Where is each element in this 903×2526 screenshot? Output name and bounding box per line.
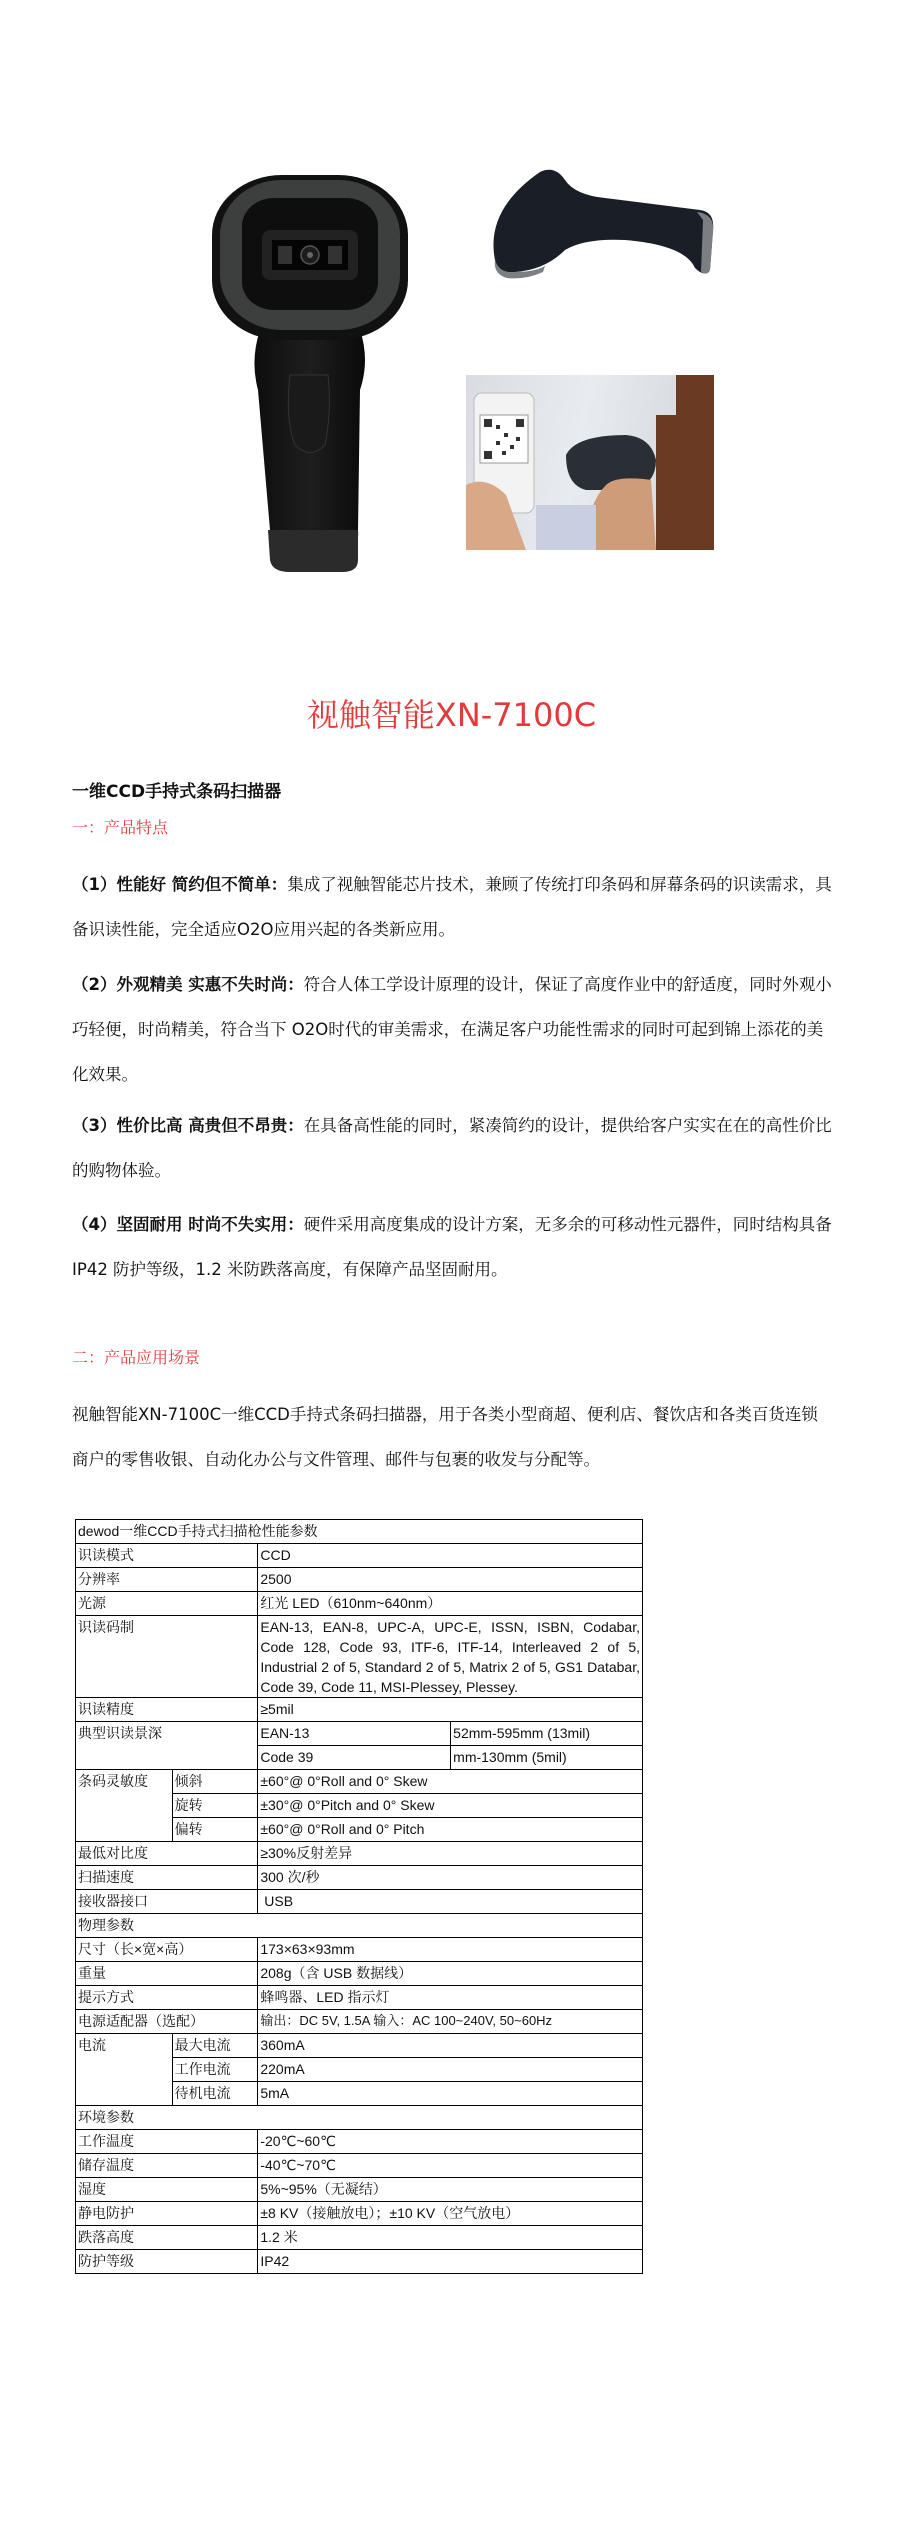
row-label: 识读码制 (76, 1616, 258, 1698)
table-row: 条码灵敏度倾斜±60°@ 0°Roll and 0° Skew (76, 1770, 643, 1794)
scanner-front-image (190, 160, 430, 580)
row-value: IP42 (258, 2250, 643, 2274)
row-sublabel: 倾斜 (172, 1770, 258, 1794)
row-value: ±60°@ 0°Roll and 0° Pitch (258, 1818, 643, 1842)
row-label: 扫描速度 (76, 1866, 258, 1890)
scanner-side-image (465, 150, 725, 290)
feature-4-label: （4）坚固耐用 时尚不失实用： (72, 1215, 304, 1234)
row-value: 208g（含 USB 数据线） (258, 1962, 643, 1986)
row-value: 5mA (258, 2082, 643, 2106)
row-label: 电源适配器（选配） (76, 2010, 258, 2034)
row-label: 识读精度 (76, 1698, 258, 1722)
row-label: 尺寸（长×宽×高） (76, 1938, 258, 1962)
row-value: ≥5mil (258, 1698, 643, 1722)
section-row: 环境参数 (76, 2106, 643, 2130)
table-row: 分辨率2500 (76, 1568, 643, 1592)
row-label: 光源 (76, 1592, 258, 1616)
row-value: 2500 (258, 1568, 643, 1592)
table-row: 尺寸（长×宽×高）173×63×93mm (76, 1938, 643, 1962)
row-value: 输出：DC 5V, 1.5A 输入：AC 100~240V, 50~60Hz (258, 2010, 643, 2034)
table-row: 电流最大电流360mA (76, 2034, 643, 2058)
row-label: 典型识读景深 (76, 1722, 258, 1770)
row-label: 最低对比度 (76, 1842, 258, 1866)
feature-1: （1）性能好 简约但不简单：集成了视触智能芯片技术，兼顾了传统打印条码和屏幕条码… (72, 862, 832, 952)
feature-3: （3）性价比高 高贵但不昂贵：在具备高性能的同时，紧凑简约的设计，提供给客户实实… (72, 1103, 832, 1193)
application-text: 视触智能XN-7100C一维CCD手持式条码扫描器，用于各类小型商超、便利店、餐… (72, 1392, 832, 1482)
table-row: 静电防护±8 KV（接触放电）；±10 KV（空气放电） (76, 2202, 643, 2226)
table-row: 跌落高度1.2 米 (76, 2226, 643, 2250)
row-value: 蜂鸣器、LED 指示灯 (258, 1986, 643, 2010)
table-row: 识读模式CCD (76, 1544, 643, 1568)
usage-photo (466, 375, 714, 550)
row-label: 条码灵敏度 (76, 1770, 173, 1842)
row-value: 1.2 米 (258, 2226, 643, 2250)
table-row: 最低对比度≥30%反射差异 (76, 1842, 643, 1866)
table-row: 光源红光 LED（610nm~640nm） (76, 1592, 643, 1616)
row-value: 220mA (258, 2058, 643, 2082)
table-row: 工作温度-20℃~60℃ (76, 2130, 643, 2154)
table-row: 防护等级IP42 (76, 2250, 643, 2274)
section-row: 物理参数 (76, 1914, 643, 1938)
table-row: 扫描速度300 次/秒 (76, 1866, 643, 1890)
table-row: 典型识读景深EAN-1352mm-595mm (13mil) (76, 1722, 643, 1746)
row-sublabel: 旋转 (172, 1794, 258, 1818)
row-value: 红光 LED（610nm~640nm） (258, 1592, 643, 1616)
row-value: 300 次/秒 (258, 1866, 643, 1890)
row-value: 5%~95%（无凝结） (258, 2178, 643, 2202)
row-label: 分辨率 (76, 1568, 258, 1592)
section-heading-features: 一：产品特点 (72, 815, 168, 838)
row-label: 储存温度 (76, 2154, 258, 2178)
row-value: 360mA (258, 2034, 643, 2058)
row-value: ±8 KV（接触放电）；±10 KV（空气放电） (258, 2202, 643, 2226)
row-label: 工作温度 (76, 2130, 258, 2154)
row-label: 湿度 (76, 2178, 258, 2202)
row-value: Code 39 (258, 1746, 451, 1770)
table-row: 重量208g（含 USB 数据线） (76, 1962, 643, 1986)
row-value: ≥30%反射差异 (258, 1842, 643, 1866)
row-value: USB (258, 1890, 643, 1914)
table-row: 湿度5%~95%（无凝结） (76, 2178, 643, 2202)
row-value: -40℃~70℃ (258, 2154, 643, 2178)
row-label: 电流 (76, 2034, 173, 2106)
feature-1-label: （1）性能好 简约但不简单： (72, 875, 287, 894)
feature-4: （4）坚固耐用 时尚不失实用：硬件采用高度集成的设计方案，无多余的可移动性元器件… (72, 1202, 832, 1292)
row-sublabel: 偏转 (172, 1818, 258, 1842)
row-value: EAN-13 (258, 1722, 451, 1746)
spec-table: dewod一维CCD手持式扫描枪性能参数 识读模式CCD 分辨率2500 光源红… (75, 1519, 643, 2274)
row-label: 防护等级 (76, 2250, 258, 2274)
feature-3-label: （3）性价比高 高贵但不昂贵： (72, 1116, 304, 1135)
table-row: 环境参数 (76, 2106, 643, 2130)
row-value: -20℃~60℃ (258, 2130, 643, 2154)
row-sublabel: 最大电流 (172, 2034, 258, 2058)
table-row: 提示方式蜂鸣器、LED 指示灯 (76, 1986, 643, 2010)
feature-2-label: （2）外观精美 实惠不失时尚： (72, 975, 304, 994)
row-value: CCD (258, 1544, 643, 1568)
row-label: 静电防护 (76, 2202, 258, 2226)
table-row: 物理参数 (76, 1914, 643, 1938)
row-value: ±60°@ 0°Roll and 0° Skew (258, 1770, 643, 1794)
row-label: 接收器接口 (76, 1890, 258, 1914)
row-value: 173×63×93mm (258, 1938, 643, 1962)
row-label: 重量 (76, 1962, 258, 1986)
row-value: ±30°@ 0°Pitch and 0° Skew (258, 1794, 643, 1818)
row-label: 提示方式 (76, 1986, 258, 2010)
section-heading-applications: 二：产品应用场景 (72, 1345, 200, 1368)
table-row: 接收器接口 USB (76, 1890, 643, 1914)
table-row: 识读精度≥5mil (76, 1698, 643, 1722)
row-value: 52mm-595mm (13mil) (451, 1722, 643, 1746)
table-row: 识读码制EAN-13, EAN-8, UPC-A, UPC-E, ISSN, I… (76, 1616, 643, 1698)
row-label: 跌落高度 (76, 2226, 258, 2250)
table-row: 储存温度-40℃~70℃ (76, 2154, 643, 2178)
row-value: EAN-13, EAN-8, UPC-A, UPC-E, ISSN, ISBN,… (258, 1616, 643, 1698)
table-title: dewod一维CCD手持式扫描枪性能参数 (76, 1520, 643, 1544)
row-sublabel: 待机电流 (172, 2082, 258, 2106)
row-value: mm-130mm (5mil) (451, 1746, 643, 1770)
product-title: 视触智能XN-7100C (0, 690, 903, 736)
product-subtitle: 一维CCD手持式条码扫描器 (72, 777, 281, 802)
table-row: 电源适配器（选配）输出：DC 5V, 1.5A 输入：AC 100~240V, … (76, 2010, 643, 2034)
feature-2: （2）外观精美 实惠不失时尚：符合人体工学设计原理的设计，保证了高度作业中的舒适… (72, 962, 832, 1097)
row-label: 识读模式 (76, 1544, 258, 1568)
table-row: dewod一维CCD手持式扫描枪性能参数 (76, 1520, 643, 1544)
row-sublabel: 工作电流 (172, 2058, 258, 2082)
